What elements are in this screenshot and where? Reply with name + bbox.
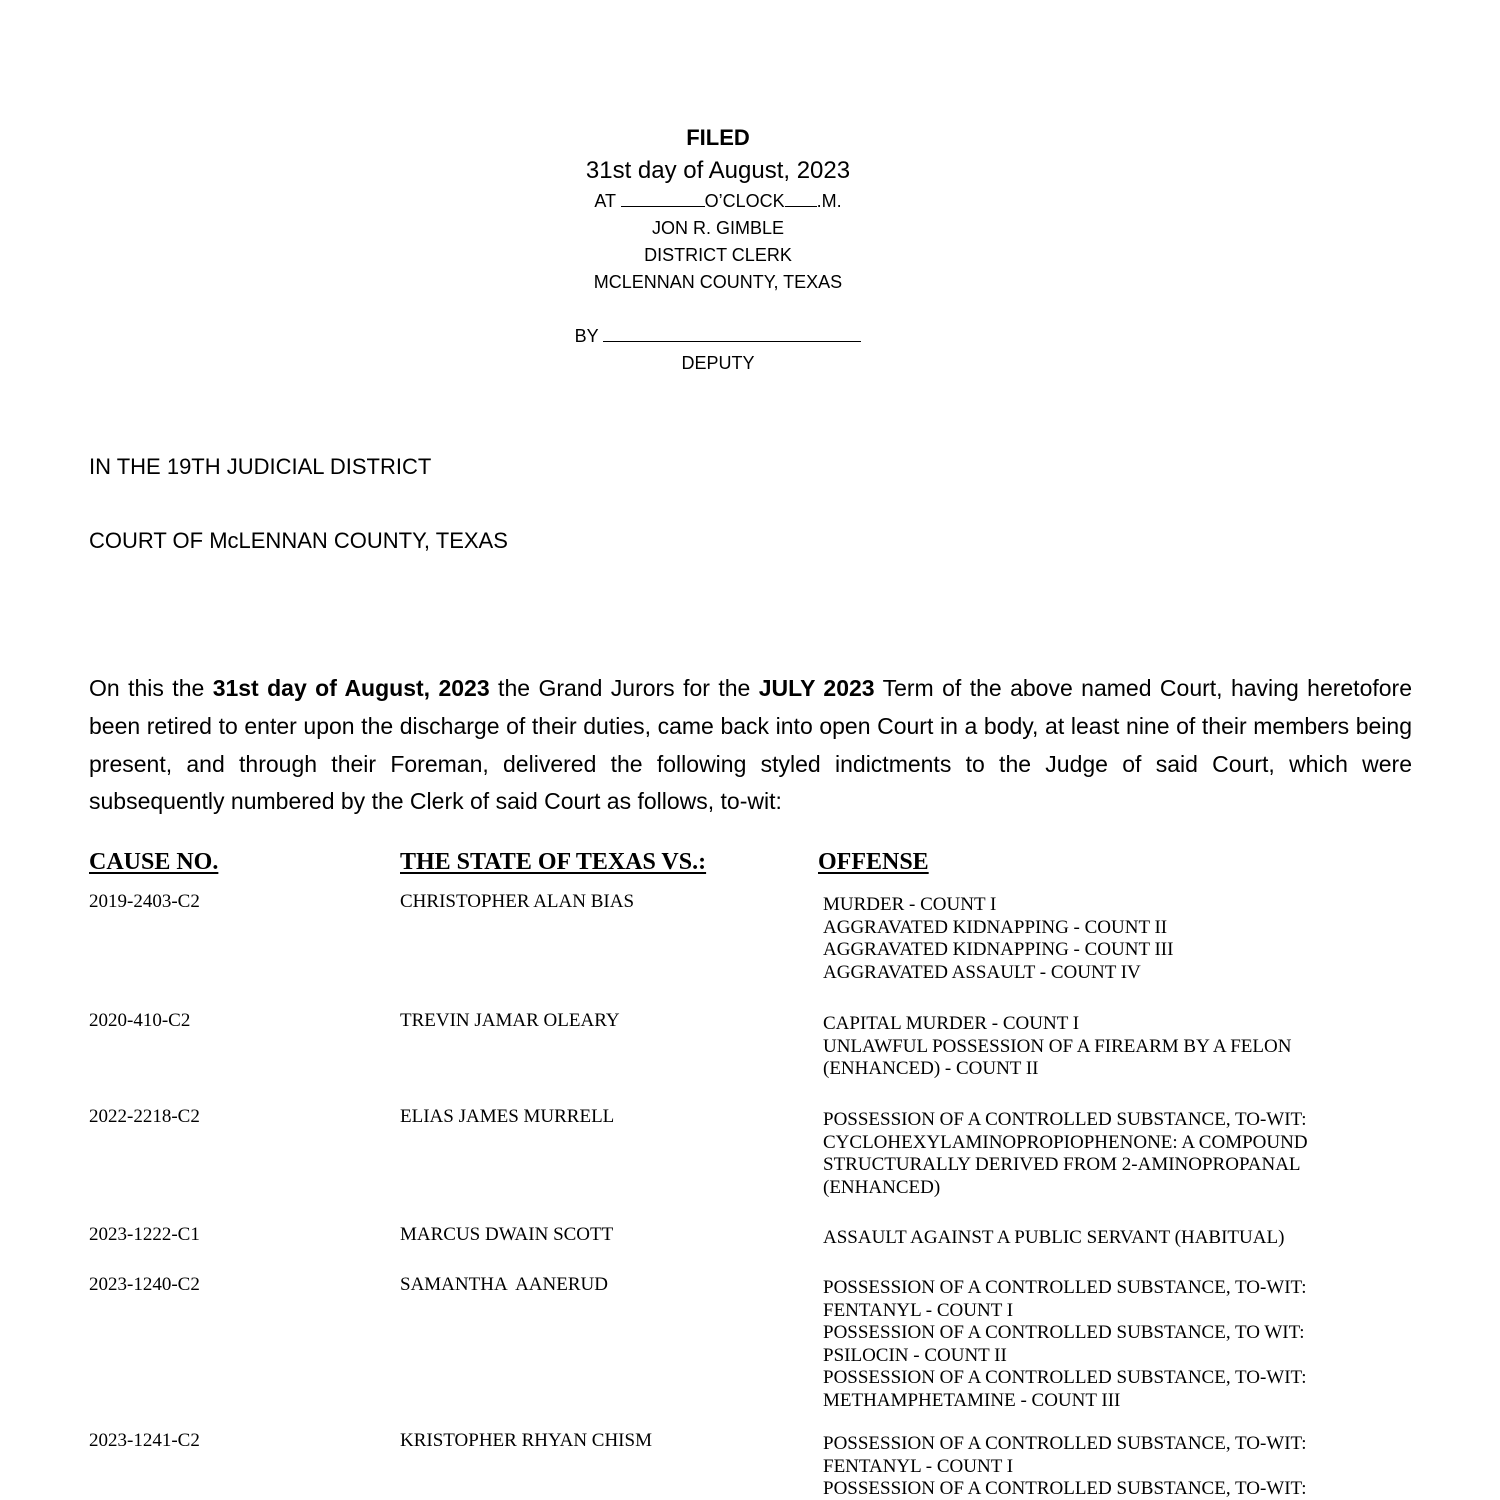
- filed-stamp: FILED 31st day of August, 2023 AT O’CLOC…: [518, 122, 918, 377]
- offense-line: POSSESSION OF A CONTROLLED SUBSTANCE, TO…: [823, 1433, 1307, 1456]
- deputy-label: DEPUTY: [518, 350, 918, 377]
- oclock-label: O’CLOCK: [705, 191, 785, 211]
- defendant-name: SAMANTHA AANERUD: [400, 1274, 608, 1297]
- offense-line: ASSAULT AGAINST A PUBLIC SERVANT (HABITU…: [823, 1227, 1284, 1250]
- offense-line: FENTANYL - COUNT I: [823, 1300, 1307, 1323]
- defendant-name: CHRISTOPHER ALAN BIAS: [400, 891, 634, 914]
- cause-number: 2020-410-C2: [89, 1010, 190, 1033]
- paragraph-part-2: the Grand Jurors for the: [490, 675, 759, 701]
- header-offense: OFFENSE: [818, 846, 929, 878]
- defendant-name: TREVIN JAMAR OLEARY: [400, 1010, 620, 1033]
- clerk-county: MCLENNAN COUNTY, TEXAS: [518, 269, 918, 296]
- offense-line: (ENHANCED) - COUNT II: [823, 1058, 1291, 1081]
- filed-label: FILED: [518, 122, 918, 154]
- cause-number: 2023-1222-C1: [89, 1224, 200, 1247]
- cause-number: 2023-1240-C2: [89, 1274, 200, 1297]
- offense-line: POSSESSION OF A CONTROLLED SUBSTANCE, TO…: [823, 1478, 1307, 1500]
- offense-line: AGGRAVATED KIDNAPPING - COUNT II: [823, 917, 1173, 940]
- offense-line: POSSESSION OF A CONTROLLED SUBSTANCE, TO…: [823, 1277, 1307, 1300]
- offense-line: (ENHANCED): [823, 1177, 1308, 1200]
- at-label: AT: [594, 191, 620, 211]
- meridiem-blank: [785, 190, 817, 207]
- deputy-signature-blank: [603, 325, 861, 342]
- offense-line: POSSESSION OF A CONTROLLED SUBSTANCE, TO…: [823, 1109, 1308, 1132]
- offense-line: STRUCTURALLY DERIVED FROM 2-AMINOPROPANA…: [823, 1154, 1308, 1177]
- offense-line: UNLAWFUL POSSESSION OF A FIREARM BY A FE…: [823, 1036, 1291, 1059]
- defendant-name: MARCUS DWAIN SCOTT: [400, 1224, 613, 1247]
- indictments-table: CAUSE NO. THE STATE OF TEXAS VS.: OFFENS…: [89, 846, 1412, 886]
- offense-list: CAPITAL MURDER - COUNT IUNLAWFUL POSSESS…: [823, 1013, 1291, 1081]
- court-caption-district: IN THE 19TH JUDICIAL DISTRICT: [89, 453, 431, 481]
- offense-line: AGGRAVATED ASSAULT - COUNT IV: [823, 962, 1173, 985]
- by-signature-line: BY: [518, 323, 918, 350]
- meridiem-suffix: .M.: [817, 191, 842, 211]
- header-defendant: THE STATE OF TEXAS VS.:: [400, 846, 706, 878]
- cause-number: 2019-2403-C2: [89, 891, 200, 914]
- paragraph-date: 31st day of August, 2023: [213, 675, 490, 701]
- paragraph-term: JULY 2023: [759, 675, 875, 701]
- defendant-name: KRISTOPHER RHYAN CHISM: [400, 1430, 652, 1453]
- offense-line: POSSESSION OF A CONTROLLED SUBSTANCE, TO…: [823, 1322, 1307, 1345]
- filed-date: 31st day of August, 2023: [518, 154, 918, 188]
- clerk-name: JON R. GIMBLE: [518, 215, 918, 242]
- offense-line: AGGRAVATED KIDNAPPING - COUNT III: [823, 939, 1173, 962]
- offense-line: PSILOCIN - COUNT II: [823, 1345, 1307, 1368]
- offense-list: POSSESSION OF A CONTROLLED SUBSTANCE, TO…: [823, 1433, 1307, 1500]
- header-cause-no: CAUSE NO.: [89, 846, 218, 878]
- offense-line: CAPITAL MURDER - COUNT I: [823, 1013, 1291, 1036]
- cause-number: 2022-2218-C2: [89, 1106, 200, 1129]
- offense-list: POSSESSION OF A CONTROLLED SUBSTANCE, TO…: [823, 1277, 1307, 1412]
- indictment-paragraph: On this the 31st day of August, 2023 the…: [89, 670, 1412, 821]
- filed-time-line: AT O’CLOCK.M.: [518, 188, 918, 215]
- hour-blank: [621, 190, 705, 207]
- table-header: CAUSE NO. THE STATE OF TEXAS VS.: OFFENS…: [89, 846, 1412, 886]
- offense-list: ASSAULT AGAINST A PUBLIC SERVANT (HABITU…: [823, 1227, 1284, 1250]
- by-label: BY: [575, 326, 604, 346]
- offense-line: MURDER - COUNT I: [823, 894, 1173, 917]
- offense-line: CYCLOHEXYLAMINOPROPIOPHENONE: A COMPOUND: [823, 1132, 1308, 1155]
- offense-list: MURDER - COUNT IAGGRAVATED KIDNAPPING - …: [823, 894, 1173, 984]
- court-caption-county: COURT OF McLENNAN COUNTY, TEXAS: [89, 527, 508, 555]
- offense-list: POSSESSION OF A CONTROLLED SUBSTANCE, TO…: [823, 1109, 1308, 1199]
- paragraph-part-1: On this the: [89, 675, 213, 701]
- defendant-name: ELIAS JAMES MURRELL: [400, 1106, 614, 1129]
- offense-line: METHAMPHETAMINE - COUNT III: [823, 1390, 1307, 1413]
- offense-line: FENTANYL - COUNT I: [823, 1456, 1307, 1479]
- clerk-title: DISTRICT CLERK: [518, 242, 918, 269]
- stamp-spacer: [518, 296, 918, 323]
- offense-line: POSSESSION OF A CONTROLLED SUBSTANCE, TO…: [823, 1367, 1307, 1390]
- cause-number: 2023-1241-C2: [89, 1430, 200, 1453]
